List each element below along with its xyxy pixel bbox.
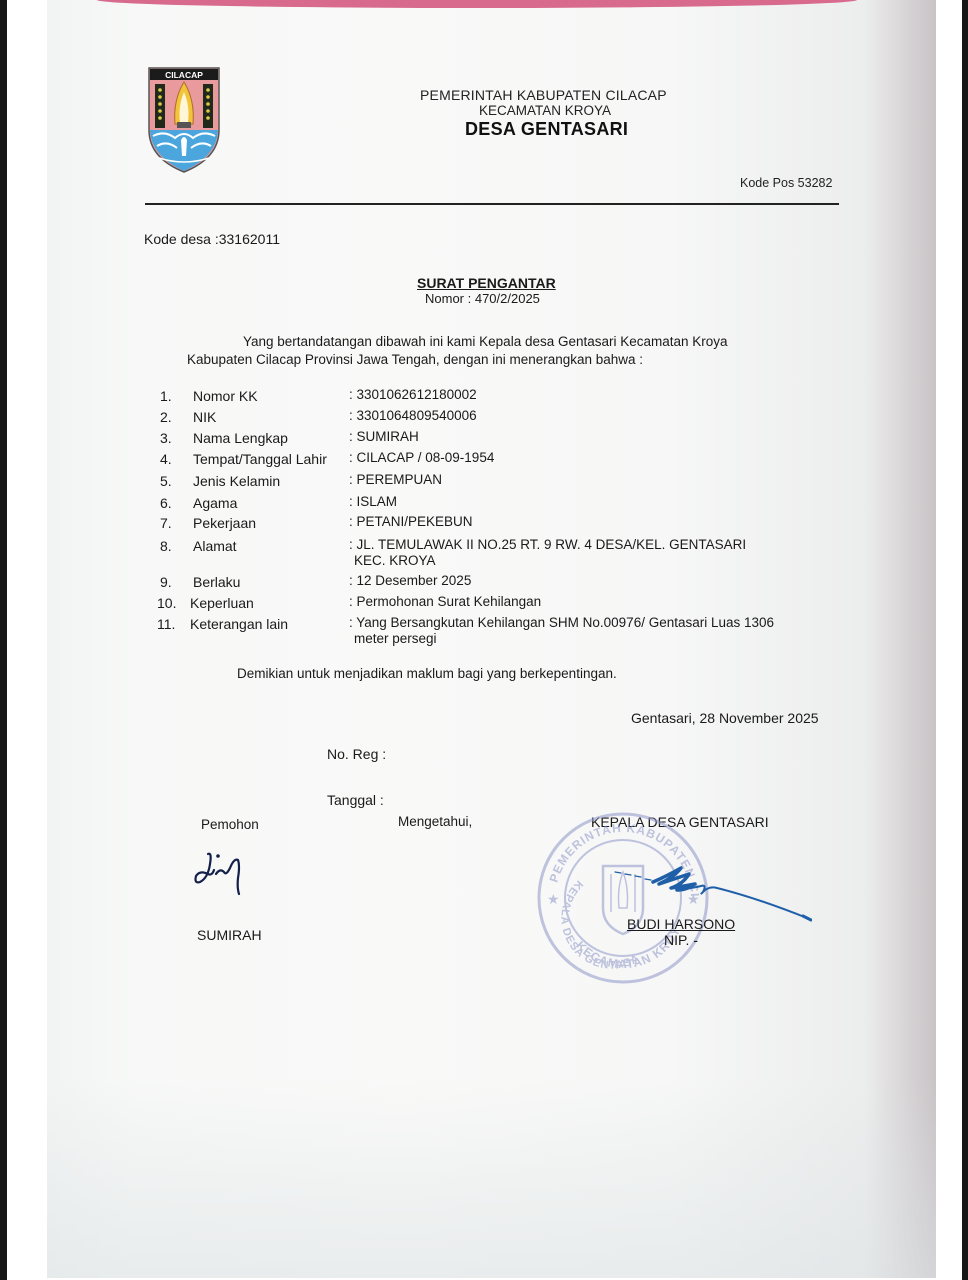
svg-text:★: ★: [547, 891, 560, 907]
field-label: Nomor KK: [193, 388, 258, 404]
field-value: : Yang Bersangkutan Kehilangan SHM No.00…: [349, 615, 809, 630]
field-value-continued: meter persegi: [354, 631, 814, 646]
postal-code: Kode Pos 53282: [740, 176, 832, 190]
top-pink-sheet-edge: [97, 0, 857, 8]
village-code: Kode desa :33162011: [144, 231, 280, 247]
field-number: 4.: [160, 451, 172, 467]
village-head-name: BUDI HARSONO: [627, 916, 735, 932]
intro-line-2: Kabupaten Cilacap Provinsi Jawa Tengah, …: [187, 352, 643, 367]
header-district: KECAMATAN KROYA: [479, 103, 611, 118]
registration-number-label: No. Reg :: [327, 746, 386, 762]
field-number: 6.: [160, 495, 172, 511]
field-number: 5.: [160, 473, 172, 489]
registration-date-label: Tanggal :: [327, 792, 384, 808]
applicant-role: Pemohon: [201, 817, 259, 832]
field-label: Tempat/Tanggal Lahir: [193, 451, 327, 467]
field-value: : PEREMPUAN: [349, 472, 809, 487]
field-number: 10.: [157, 595, 176, 611]
field-value: : 3301064809540006: [349, 408, 809, 423]
field-label: Keperluan: [190, 595, 254, 611]
field-number: 7.: [160, 515, 172, 531]
document-title: SURAT PENGANTAR: [417, 275, 556, 291]
field-value: : 3301062612180002: [349, 387, 809, 402]
field-value: : SUMIRAH: [349, 429, 809, 444]
place-and-date: Gentasari, 28 November 2025: [631, 710, 819, 726]
cilacap-regency-emblem-icon: CILACAP: [145, 66, 223, 174]
field-value: : Permohonan Surat Kehilangan: [349, 594, 809, 609]
field-value: : 12 Desember 2025: [349, 573, 809, 588]
field-label: NIK: [193, 409, 216, 425]
applicant-signature-icon: [192, 846, 252, 896]
field-label: Jenis Kelamin: [193, 473, 280, 489]
photo-frame: CILACAP PEMERINTAH KABUPATEN CILACAP KEC…: [7, 0, 962, 1280]
field-number: 11.: [157, 616, 175, 632]
field-label: Keterangan lain: [190, 616, 288, 632]
closing-statement: Demikian untuk menjadikan maklum bagi ya…: [237, 666, 617, 681]
field-number: 8.: [160, 538, 172, 554]
field-label: Pekerjaan: [193, 515, 256, 531]
field-label: Berlaku: [193, 574, 240, 590]
village-head-nip: NIP. -: [664, 932, 698, 948]
field-number: 3.: [160, 430, 172, 446]
field-value-continued: KEC. KROYA: [354, 553, 814, 568]
svg-text:CILACAP: CILACAP: [165, 70, 203, 80]
field-number: 2.: [160, 409, 172, 425]
field-value: : CILACAP / 08-09-1954: [349, 450, 809, 465]
applicant-name: SUMIRAH: [197, 927, 262, 943]
header-village: DESA GENTASARI: [465, 119, 628, 140]
field-value: : ISLAM: [349, 494, 809, 509]
field-label: Nama Lengkap: [193, 430, 288, 446]
field-label: Alamat: [193, 538, 237, 554]
document-page: CILACAP PEMERINTAH KABUPATEN CILACAP KEC…: [47, 0, 936, 1278]
header-divider: [145, 203, 839, 205]
document-number: Nomor : 470/2/2025: [425, 291, 540, 306]
field-number: 9.: [160, 574, 172, 590]
acknowledged-label: Mengetahui,: [398, 814, 472, 829]
intro-line-1: Yang bertandatangan dibawah ini kami Kep…: [243, 334, 728, 349]
header-government: PEMERINTAH KABUPATEN CILACAP: [420, 87, 667, 103]
field-value: : PETANI/PEKEBUN: [349, 514, 809, 529]
field-number: 1.: [160, 388, 172, 404]
field-label: Agama: [193, 495, 237, 511]
field-value: : JL. TEMULAWAK II NO.25 RT. 9 RW. 4 DES…: [349, 537, 809, 552]
